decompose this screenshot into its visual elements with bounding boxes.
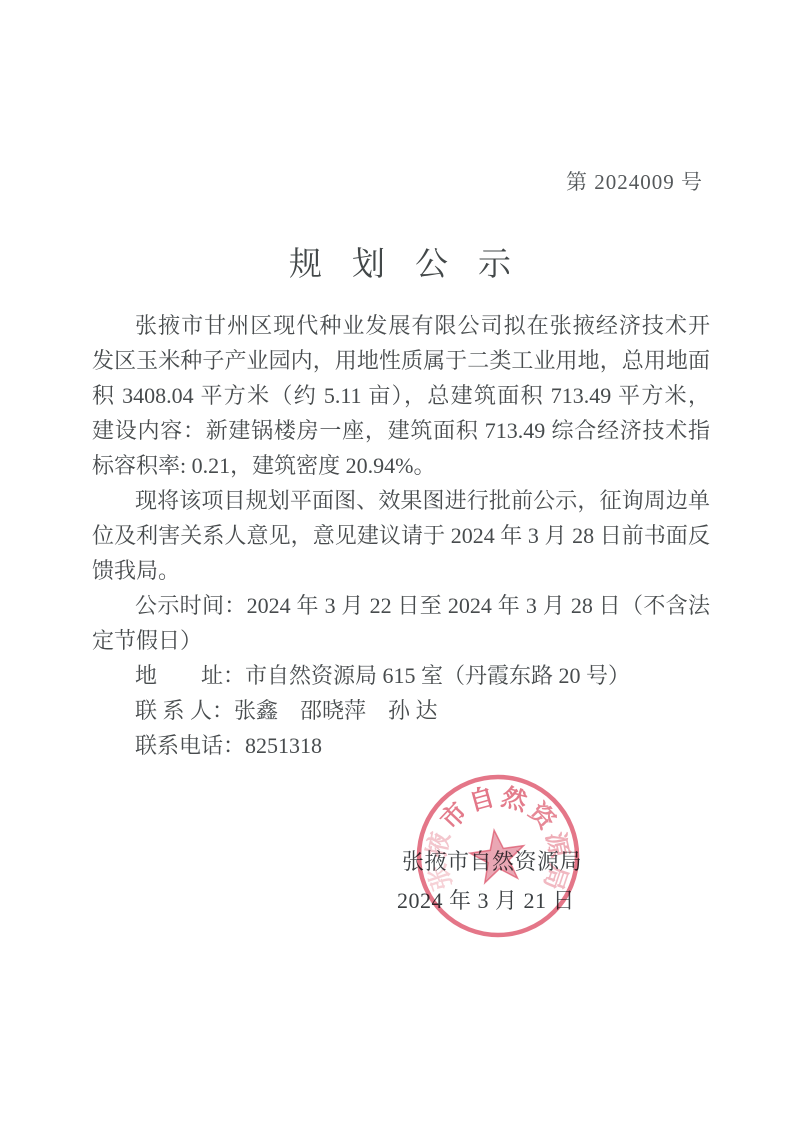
body-line: 公示时间：2024 年 3 月 22 日至 2024 年 3 月 28 日（不含…	[92, 588, 710, 623]
body-line: 馈我局。	[92, 553, 710, 588]
svg-text:市: 市	[435, 798, 473, 835]
body-line: 现将该项目规划平面图、效果图进行批前公示，征询周边单	[92, 483, 710, 518]
body-line: 张掖市甘州区现代种业发展有限公司拟在张掖经济技术开	[92, 308, 710, 343]
contact-phone-line: 联系电话：8251318	[92, 728, 710, 763]
page-title: 规划公示	[0, 238, 800, 285]
body-line: 定节假日）	[92, 623, 710, 658]
contact-person-line: 联 系 人：张鑫 邵晓萍 孙 达	[92, 693, 710, 728]
svg-text:然: 然	[498, 782, 531, 817]
svg-text:自: 自	[466, 783, 498, 817]
notice-body: 张掖市甘州区现代种业发展有限公司拟在张掖经济技术开 发区玉米种子产业园内，用地性…	[92, 308, 710, 763]
signature-date: 2024 年 3 月 21 日	[397, 884, 575, 915]
signature-org: 张掖市自然资源局	[402, 845, 582, 876]
body-line: 发区玉米种子产业园内，用地性质属于二类工业用地，总用地面	[92, 343, 710, 378]
notice-page: 第 2024009 号 规划公示 张掖市甘州区现代种业发展有限公司拟在张掖经济技…	[0, 0, 800, 1132]
svg-text:资: 资	[523, 797, 562, 836]
body-line: 积 3408.04 平方米（约 5.11 亩），总建筑面积 713.49 平方米…	[92, 378, 710, 413]
body-line: 标容积率: 0.21，建筑密度 20.94%。	[92, 448, 710, 483]
contact-address-line: 地 址：市自然资源局 615 室（丹霞东路 20 号）	[92, 658, 710, 693]
body-line: 建设内容：新建锅楼房一座，建筑面积 713.49 综合经济技术指	[92, 413, 710, 448]
doc-number: 第 2024009 号	[566, 166, 703, 196]
seal-ring-text: 张掖市自然资源局	[421, 782, 573, 894]
body-line: 位及利害关系人意见，意见建议请于 2024 年 3 月 28 日前书面反	[92, 518, 710, 553]
